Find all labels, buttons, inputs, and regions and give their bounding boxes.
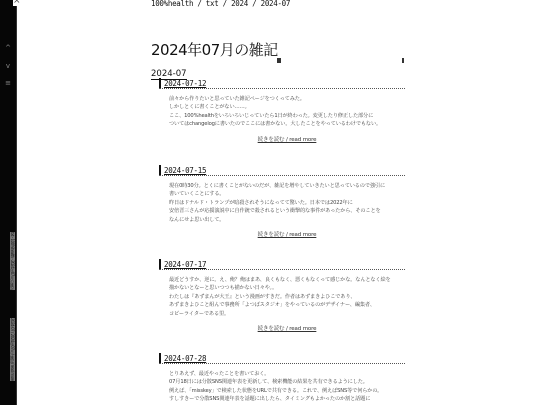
read-more-link[interactable]: 続きを読む / read more xyxy=(169,136,405,144)
entry-body: 現在0時30分。とくに書くことがないのだが、雑記を増やしていきたいと思っているの… xyxy=(169,182,405,239)
entry-header: 2024-07-17 xyxy=(159,258,405,270)
entry-body: 前々から作りたいと思っていた雑記ページをつくってみた。 しかしとくに書くことがな… xyxy=(169,95,405,144)
entry-header: 2024-07-15 xyxy=(159,164,405,176)
close-icon[interactable]: × xyxy=(13,0,21,6)
scroll-up-icon[interactable]: ^ xyxy=(0,44,16,52)
entry-line: とりあえず、最近やったことを書いておく。 xyxy=(169,370,405,378)
entry-bar xyxy=(159,353,161,363)
entry-date-link[interactable]: 2024-07-17 xyxy=(164,260,206,269)
entry-line: 安倍晋三さんが応援演説中に自作銃で殺されるという衝撃的な事件があったから、そのこ… xyxy=(169,207,405,215)
entry-line: 最近どうすか、逆に。え、俺？俺はまあ、良くもなく、悪くもなくって感じかな。なんと… xyxy=(169,276,405,284)
breadcrumb[interactable]: 100%health / txt / 2024 / 2024-07 xyxy=(151,0,290,8)
entry-header: 2024-07-12 xyxy=(159,77,405,89)
entry-line: ここ、100%healthをいろいろいじっていたら1日が終わった。変更したり修正… xyxy=(169,112,405,120)
marker-icon xyxy=(402,58,404,63)
left-sidebar: × ^ v ≡ txt - 100%health - 2024年07月の雑記 2… xyxy=(0,0,17,405)
read-more-link[interactable]: 続きを読む / read more xyxy=(169,325,405,333)
entry-line: 例えば、「misskey」で検索した状態をURLで共有できる。これで、例えばSN… xyxy=(169,387,405,395)
entry-body: 最近どうすか、逆に。え、俺？俺はまあ、良くもなく、悪くもなくって感じかな。なんと… xyxy=(169,276,405,333)
entry-2024-07-17: 2024-07-17 最近どうすか、逆に。え、俺？俺はまあ、良くもなく、悪くもな… xyxy=(159,258,405,333)
entry-line: ついてはchangelogに書いたのでここには書かない。大したことをやっているわ… xyxy=(169,120,405,128)
entry-date-link[interactable]: 2024-07-28 xyxy=(164,354,206,363)
entry-line: 前々から作りたいと思っていた雑記ページをつくってみた。 xyxy=(169,95,405,103)
entry-bar xyxy=(159,78,161,88)
entry-line: 現在0時30分。とくに書くことがないのだが、雑記を増やしていきたいと思っているの… xyxy=(169,182,405,190)
entry-line: コピーライターである里。 xyxy=(169,310,405,318)
entry-2024-07-28: 2024-07-28 とりあえず、最近やったことを書いておく。 07月18日には… xyxy=(159,352,405,404)
entry-header: 2024-07-28 xyxy=(159,352,405,364)
scroll-down-icon[interactable]: v xyxy=(0,62,16,70)
entry-bar xyxy=(159,259,161,269)
menu-icon[interactable]: ≡ xyxy=(0,79,16,87)
entry-line: しかしとくに書くことがない……。 xyxy=(169,103,405,111)
entry-2024-07-12: 2024-07-12 前々から作りたいと思っていた雑記ページをつくってみた。 し… xyxy=(159,77,405,144)
sidebar-vertical-text-1: txt - 100%health - 2024年07月の雑記 xyxy=(1,232,15,312)
read-more-link[interactable]: 続きを読む / read more xyxy=(169,231,405,239)
entry-2024-07-15: 2024-07-15 現在0時30分。とくに書くことがないのだが、雑記を増やして… xyxy=(159,164,405,239)
entry-line: 07月18日には分散SNS関連年表を更新して、検索機能の結果を共有できるようにし… xyxy=(169,378,405,386)
page-title: 2024年07月の雑記 xyxy=(151,39,278,60)
entry-line: あずまきよひこと組んで事務所「よつばスタジオ」をやっているのがデザイナー、編集者… xyxy=(169,301,405,309)
marker-icon xyxy=(277,58,281,63)
entry-date-link[interactable]: 2024-07-12 xyxy=(164,79,206,88)
entry-bar xyxy=(159,165,161,175)
entry-line: すしすきーで分散SNS関連年表を話題に出したら、タイミングもよかったのか割と話題… xyxy=(169,395,405,403)
entry-line: 書いていくことにする。 xyxy=(169,190,405,198)
entry-line: なんにせよ思い出して。 xyxy=(169,216,405,224)
entry-line: わたしは『あずまんが大王』という漫画がすきだ。作者はあずまきよひこであり、 xyxy=(169,293,405,301)
entry-date-link[interactable]: 2024-07-15 xyxy=(164,166,206,175)
entry-line: 昨日はドナルド・トランプが暗殺されそうになってて驚いた。日本では2022年に xyxy=(169,199,405,207)
entry-line: 描かないとなーと思いつつも描かない日々や。。 xyxy=(169,284,405,292)
sidebar-vertical-text-2: 2024-07 / 2024年07月 / 雑記 / read more xyxy=(1,318,15,400)
entry-body: とりあえず、最近やったことを書いておく。 07月18日には分散SNS関連年表を更… xyxy=(169,370,405,404)
